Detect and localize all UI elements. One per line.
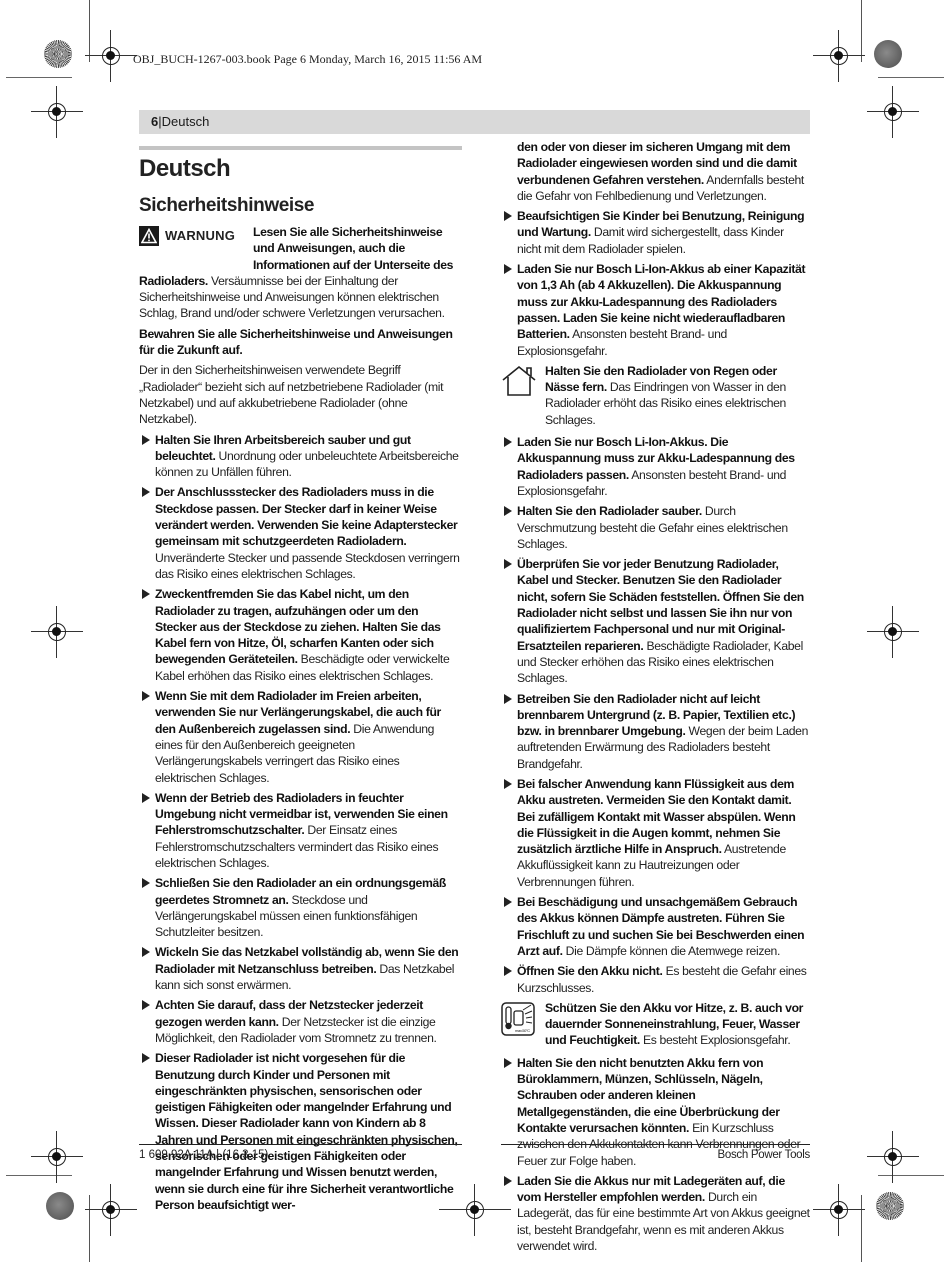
heat-notice-text: Es besteht Explosionsgefahr. [640, 1033, 790, 1047]
list-item-bold: Wenn der Betrieb des Radioladers in feuc… [155, 791, 448, 838]
list-item: Bei Beschädigung und unsachgemäßem Gebra… [501, 894, 810, 959]
footer-brand: Bosch Power Tools [696, 1149, 810, 1161]
list-item: Wickeln Sie das Netzkabel vollständig ab… [139, 944, 462, 993]
list-item: Halten Sie den Radiolader sauber. Durch … [501, 503, 810, 552]
crop-mark-line [6, 1175, 72, 1176]
page-title: Deutsch [139, 154, 462, 184]
bullet-arrow-icon [504, 559, 512, 569]
color-target-solid-icon [874, 40, 902, 68]
crop-mark-line [89, 0, 90, 62]
list-item-bold: Der Anschlussstecker des Radioladers mus… [155, 485, 457, 548]
registration-mark-icon [827, 1198, 851, 1222]
list-item: Schließen Sie den Radiolader an ein ordn… [139, 875, 462, 940]
bullet-arrow-icon [504, 1058, 512, 1068]
list-item: Bei falscher Anwendung kann Flüssigkeit … [501, 776, 810, 890]
crop-mark-line [6, 77, 72, 78]
registration-mark-icon [827, 44, 851, 68]
registration-mark-icon [45, 100, 69, 124]
crop-mark-line [878, 1175, 944, 1176]
print-slug: OBJ_BUCH-1267-003.book Page 6 Monday, Ma… [133, 52, 482, 67]
bullet-arrow-icon [504, 897, 512, 907]
bullet-arrow-icon [142, 947, 150, 957]
crop-mark-line [878, 77, 944, 78]
footer-doc-number: 1 609 92A 11A | (16.3.15) [139, 1149, 268, 1161]
crop-mark-line [861, 1195, 862, 1262]
bullet-arrow-icon [142, 435, 150, 445]
bullet-arrow-icon [504, 211, 512, 221]
bullet-arrow-icon [504, 264, 512, 274]
crop-mark-line [861, 0, 862, 62]
bullet-arrow-icon [142, 878, 150, 888]
page-label: 6|Deutsch [151, 114, 209, 129]
list-item: Betreiben Sie den Radiolader nicht auf l… [501, 691, 810, 772]
bullet-arrow-icon [504, 779, 512, 789]
warning-block: WARNUNG Lesen Sie alle Sicherheitshinwei… [139, 224, 462, 322]
svg-text:max.50°C: max.50°C [515, 1028, 530, 1033]
list-item-text: Die Dämpfe können die Atemwege reizen. [563, 944, 780, 958]
rain-warning-block: Halten Sie den Radiolader von Regen oder… [501, 363, 810, 428]
list-item: Laden Sie nur Bosch Li-Ion-Akkus ab eine… [501, 261, 810, 359]
running-header: 6|Deutsch [139, 110, 810, 134]
list-item-bold: Dieser Radiolader ist nicht vorgesehen f… [155, 1051, 458, 1212]
indoor-use-house-icon [501, 365, 537, 401]
registration-mark-icon [881, 1145, 905, 1169]
warning-triangle-icon [139, 226, 159, 246]
footer-rule-left [139, 1144, 462, 1145]
left-column: Deutsch Sicherheitshinweise WARNUNG Lese… [139, 146, 462, 1217]
color-target-solid-icon [46, 1192, 74, 1220]
header-section: Deutsch [162, 114, 210, 129]
warning-label: WARNUNG [165, 228, 235, 244]
list-item: Beaufsichtigen Sie Kinder bei Benutzung,… [501, 208, 810, 257]
registration-mark-icon [45, 620, 69, 644]
list-item-text: Unveränderte Stecker und passende Steckd… [155, 551, 460, 581]
heat-protection-icon: max.50°C [501, 1002, 535, 1040]
bullet-arrow-icon [142, 1053, 150, 1063]
list-item: Zweckentfremden Sie das Kabel nicht, um … [139, 586, 462, 684]
bullet-arrow-icon [142, 487, 150, 497]
section-title: Sicherheitshinweise [139, 194, 462, 218]
list-item: Halten Sie Ihren Arbeitsbereich sauber u… [139, 432, 462, 481]
right-column: den oder von dieser im sicheren Umgang m… [501, 139, 810, 1258]
registration-mark-icon [99, 44, 123, 68]
list-item: Überprüfen Sie vor jeder Benutzung Radio… [501, 556, 810, 686]
continued-list-item: den oder von dieser im sicheren Umgang m… [501, 139, 810, 204]
bullet-arrow-icon [504, 1176, 512, 1186]
list-item: Laden Sie nur Bosch Li-Ion-Akkus. Die Ak… [501, 434, 810, 499]
registration-mark-icon [881, 620, 905, 644]
term-definition-note: Der in den Sicherheitshinweisen verwende… [139, 362, 462, 427]
bullet-arrow-icon [142, 589, 150, 599]
list-item: Öffnen Sie den Akku nicht. Es besteht di… [501, 963, 810, 996]
bullet-arrow-icon [142, 1000, 150, 1010]
footer-rule-right [501, 1144, 810, 1145]
list-item: Wenn der Betrieb des Radioladers in feuc… [139, 790, 462, 871]
list-item: Wenn Sie mit dem Radiolader im Freien ar… [139, 688, 462, 786]
bullet-arrow-icon [142, 691, 150, 701]
bullet-arrow-icon [504, 506, 512, 516]
registration-mark-icon [45, 1145, 69, 1169]
keep-instructions-notice: Bewahren Sie alle Sicherheitshinweise un… [139, 327, 453, 357]
warning-badge: WARNUNG [139, 224, 253, 258]
registration-mark-icon [463, 1198, 487, 1222]
list-item: Laden Sie die Akkus nur mit Ladegeräten … [501, 1173, 810, 1254]
list-item: Dieser Radiolader ist nicht vorgesehen f… [139, 1050, 462, 1213]
bullet-arrow-icon [504, 437, 512, 447]
list-item: Achten Sie darauf, dass der Netzstecker … [139, 997, 462, 1046]
list-item-bold: Öffnen Sie den Akku nicht. [517, 964, 663, 978]
list-item: Der Anschlussstecker des Radioladers mus… [139, 484, 462, 582]
bullet-arrow-icon [142, 793, 150, 803]
bullet-arrow-icon [504, 694, 512, 704]
heat-warning-block: max.50°C Schützen Sie den Akku vor Hitze… [501, 1000, 810, 1049]
registration-mark-icon [99, 1198, 123, 1222]
color-target-star-icon [876, 1192, 904, 1220]
registration-mark-icon [881, 100, 905, 124]
list-item-bold: Halten Sie den Radiolader sauber. [517, 504, 702, 518]
section-rule [139, 146, 462, 150]
left-bullet-list: Halten Sie Ihren Arbeitsbereich sauber u… [139, 432, 462, 1214]
color-target-star-icon [44, 40, 72, 68]
crop-mark-line [89, 1195, 90, 1262]
bullet-arrow-icon [504, 966, 512, 976]
